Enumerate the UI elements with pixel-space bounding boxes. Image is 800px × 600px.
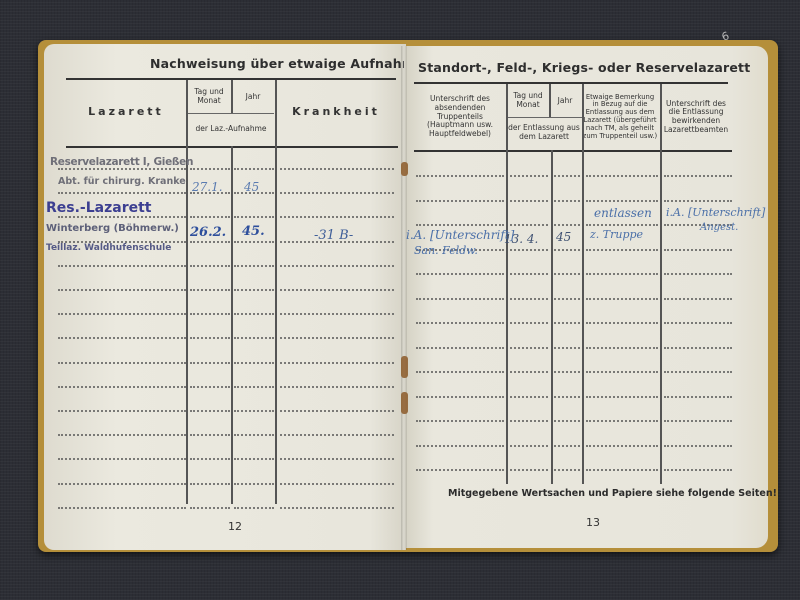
entry-2-jahr: 45. [242, 224, 265, 239]
stamp-reservelazarett-line1: Reservelazarett I, Gießen [50, 156, 193, 168]
book-spine [401, 46, 407, 550]
row-ruling [510, 249, 548, 251]
right-page-title: Standort-, Feld-, Kriegs- oder Reservela… [418, 60, 750, 75]
row-ruling [280, 337, 394, 339]
entry-2-krankheit: -31 B- [314, 228, 353, 243]
entry-bemerkung: entlassen [594, 206, 652, 220]
row-ruling [190, 241, 230, 243]
row-ruling [510, 200, 548, 202]
row-ruling [586, 445, 658, 447]
row-ruling [554, 469, 580, 471]
page-number-left: 12 [228, 520, 242, 533]
column-rule [231, 146, 233, 504]
row-ruling [510, 347, 548, 349]
row-ruling [416, 469, 504, 471]
row-ruling [664, 396, 732, 398]
row-ruling [510, 273, 548, 275]
row-ruling [190, 410, 230, 412]
row-ruling [280, 507, 394, 509]
row-ruling [416, 420, 504, 422]
row-ruling [58, 410, 186, 412]
header-bottom-rule [414, 150, 732, 152]
staple-rust [401, 162, 408, 176]
stamp-res-lazarett-line2: Winterberg (Böhmerw.) [46, 223, 179, 234]
row-ruling [234, 410, 274, 412]
row-ruling [586, 273, 658, 275]
row-ruling [190, 483, 230, 485]
row-ruling [416, 298, 504, 300]
row-ruling [586, 298, 658, 300]
row-ruling [554, 298, 580, 300]
row-ruling [416, 347, 504, 349]
row-ruling [190, 434, 230, 436]
footer-note: Mitgegebene Wertsachen und Papiere siehe… [448, 488, 777, 499]
staple-rust [401, 356, 408, 378]
row-ruling [554, 200, 580, 202]
stamp-res-lazarett-line3: Teillaz. Waldhufenschule [46, 243, 171, 253]
row-ruling [586, 469, 658, 471]
row-ruling [280, 289, 394, 291]
row-ruling [58, 337, 186, 339]
staple-rust [401, 392, 408, 414]
entry-entlassung-jahr: 45 [556, 230, 571, 244]
row-ruling [510, 371, 548, 373]
row-ruling [664, 249, 732, 251]
row-ruling [234, 241, 274, 243]
row-ruling [58, 458, 186, 460]
row-ruling [190, 168, 230, 170]
row-ruling [664, 347, 732, 349]
column-header-jahr: Jahr [550, 86, 580, 116]
row-ruling [190, 362, 230, 364]
row-ruling [190, 216, 230, 218]
row-ruling [510, 420, 548, 422]
row-ruling [280, 362, 394, 364]
row-ruling [280, 410, 394, 412]
row-ruling [554, 273, 580, 275]
entry-unterschrift-rank: San. Feldw. [414, 244, 478, 257]
column-header-lazarett: Lazarett [66, 80, 186, 144]
row-ruling [234, 362, 274, 364]
column-rule [506, 84, 508, 484]
row-ruling [664, 200, 732, 202]
row-ruling [234, 483, 274, 485]
row-ruling [416, 224, 504, 226]
row-ruling [234, 507, 274, 509]
row-ruling [510, 396, 548, 398]
row-ruling [586, 224, 658, 226]
row-ruling [234, 337, 274, 339]
row-ruling [280, 313, 394, 315]
row-ruling [190, 313, 230, 315]
column-header-unterschrift-beamter: Unterschrift des die Entlassung bewirken… [660, 86, 732, 148]
entry-2-tag-monat: 26.2. [190, 225, 226, 240]
row-ruling [554, 445, 580, 447]
row-ruling [280, 265, 394, 267]
column-rule [231, 80, 233, 113]
row-ruling [586, 371, 658, 373]
row-ruling [416, 175, 504, 177]
row-ruling [190, 386, 230, 388]
row-ruling [190, 265, 230, 267]
row-ruling [58, 216, 186, 218]
row-ruling [234, 289, 274, 291]
row-ruling [554, 371, 580, 373]
row-ruling [58, 265, 186, 267]
row-ruling [664, 175, 732, 177]
row-ruling [190, 337, 230, 339]
header-divider [508, 117, 582, 118]
row-ruling [234, 434, 274, 436]
row-ruling [234, 265, 274, 267]
row-ruling [510, 224, 548, 226]
row-ruling [510, 445, 548, 447]
row-ruling [586, 420, 658, 422]
row-ruling [586, 249, 658, 251]
row-ruling [586, 347, 658, 349]
row-ruling [234, 168, 274, 170]
row-ruling [280, 168, 394, 170]
column-rule [660, 84, 662, 484]
row-ruling [280, 192, 394, 194]
row-ruling [554, 322, 580, 324]
row-ruling [58, 507, 186, 509]
entry-entlassung-tag-monat: 13. 4. [504, 232, 538, 246]
row-ruling [234, 313, 274, 315]
row-ruling [234, 458, 274, 460]
row-ruling [554, 175, 580, 177]
column-header-jahr: Jahr [232, 82, 274, 112]
entry-1-tag-monat: 27.1. [192, 180, 223, 194]
row-ruling [664, 469, 732, 471]
column-rule [186, 80, 188, 504]
stamp-res-lazarett-line1: Res.-Lazarett [46, 200, 152, 216]
row-ruling [416, 445, 504, 447]
row-ruling [58, 192, 186, 194]
row-ruling [586, 322, 658, 324]
row-ruling [554, 249, 580, 251]
row-ruling [586, 175, 658, 177]
row-ruling [58, 483, 186, 485]
row-ruling [58, 168, 186, 170]
column-rule [551, 150, 553, 484]
row-ruling [280, 434, 394, 436]
row-ruling [664, 371, 732, 373]
row-ruling [190, 289, 230, 291]
row-ruling [554, 224, 580, 226]
column-rule [275, 80, 277, 504]
row-ruling [664, 445, 732, 447]
row-ruling [510, 175, 548, 177]
entry-bemerkung-line2: z. Truppe [590, 228, 643, 241]
row-ruling [664, 420, 732, 422]
row-ruling [190, 458, 230, 460]
header-top-rule [414, 82, 728, 84]
row-ruling [664, 322, 732, 324]
column-header-unterschrift-truppenteil: Unterschrift des absendenden Truppenteil… [414, 86, 506, 148]
row-ruling [416, 200, 504, 202]
row-ruling [58, 313, 186, 315]
column-rule [549, 84, 551, 117]
row-ruling [664, 273, 732, 275]
row-ruling [58, 289, 186, 291]
row-ruling [416, 396, 504, 398]
column-header-tag-monat: Tag und Monat [188, 82, 230, 112]
row-ruling [280, 483, 394, 485]
row-ruling [234, 386, 274, 388]
row-ruling [586, 396, 658, 398]
header-divider [188, 113, 274, 114]
column-header-krankheit: Krankheit [276, 80, 396, 144]
row-ruling [554, 420, 580, 422]
row-ruling [58, 434, 186, 436]
row-ruling [280, 216, 394, 218]
column-header-laz-aufnahme: der Laz.-Aufnahme [188, 116, 274, 142]
entry-beamter-signature: i.A. [Unterschrift] [666, 206, 765, 219]
row-ruling [554, 396, 580, 398]
row-ruling [416, 371, 504, 373]
row-ruling [510, 298, 548, 300]
row-ruling [280, 458, 394, 460]
column-rule [582, 84, 584, 484]
stamp-reservelazarett-line2: Abt. für chirurg. Kranke [58, 176, 186, 187]
row-ruling [58, 362, 186, 364]
entry-1-jahr: 45 [244, 180, 259, 194]
row-ruling [416, 273, 504, 275]
entry-unterschrift: i.A. [Unterschrift] [406, 228, 514, 242]
column-header-entlassung: der Entlassung aus dem Lazarett [508, 118, 580, 148]
row-ruling [586, 200, 658, 202]
row-ruling [510, 469, 548, 471]
row-ruling [664, 298, 732, 300]
row-ruling [58, 386, 186, 388]
row-ruling [234, 216, 274, 218]
column-header-bemerkung: Etwaige Bemerkung in Bezug auf die Entla… [582, 86, 658, 148]
row-ruling [416, 322, 504, 324]
row-ruling [554, 347, 580, 349]
row-ruling [190, 507, 230, 509]
column-header-tag-monat: Tag und Monat [508, 86, 548, 116]
row-ruling [510, 322, 548, 324]
entry-beamter-title: Angest. [700, 222, 738, 233]
page-number-right: 13 [586, 516, 600, 529]
row-ruling [280, 386, 394, 388]
